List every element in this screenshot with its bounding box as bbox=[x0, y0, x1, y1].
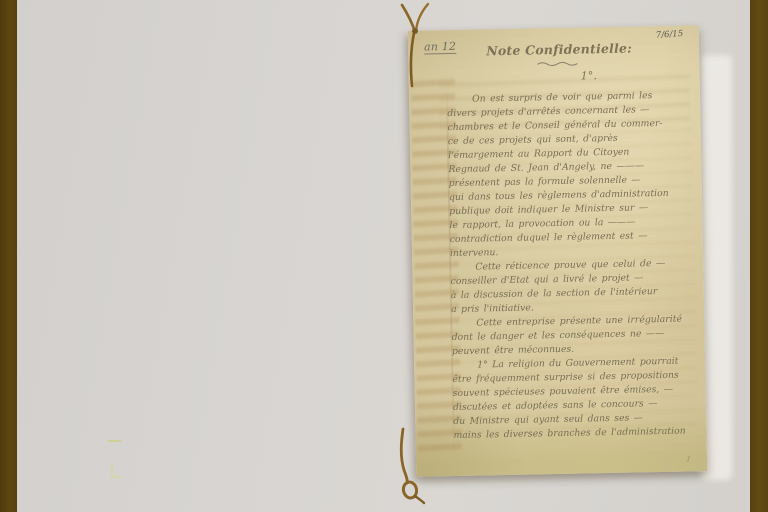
photo-stage: an 12 7/6/15 Note Confidentielle: 1°. On… bbox=[0, 0, 768, 512]
page-marker: 1 bbox=[685, 454, 691, 464]
date-annotation: 7/6/15 bbox=[655, 29, 683, 41]
section-heading: 1°. bbox=[581, 69, 598, 82]
frame-bar-right bbox=[750, 0, 768, 512]
manuscript-body: On est surpris de voir que parmi les div… bbox=[447, 88, 703, 443]
document-title: Note Confidentielle: bbox=[474, 40, 644, 58]
title-underline-squiggle bbox=[536, 61, 578, 68]
manuscript-paper: an 12 7/6/15 Note Confidentielle: 1°. On… bbox=[408, 25, 708, 477]
archival-year-note: an 12 bbox=[424, 40, 456, 54]
frame-bar-left bbox=[0, 0, 17, 512]
